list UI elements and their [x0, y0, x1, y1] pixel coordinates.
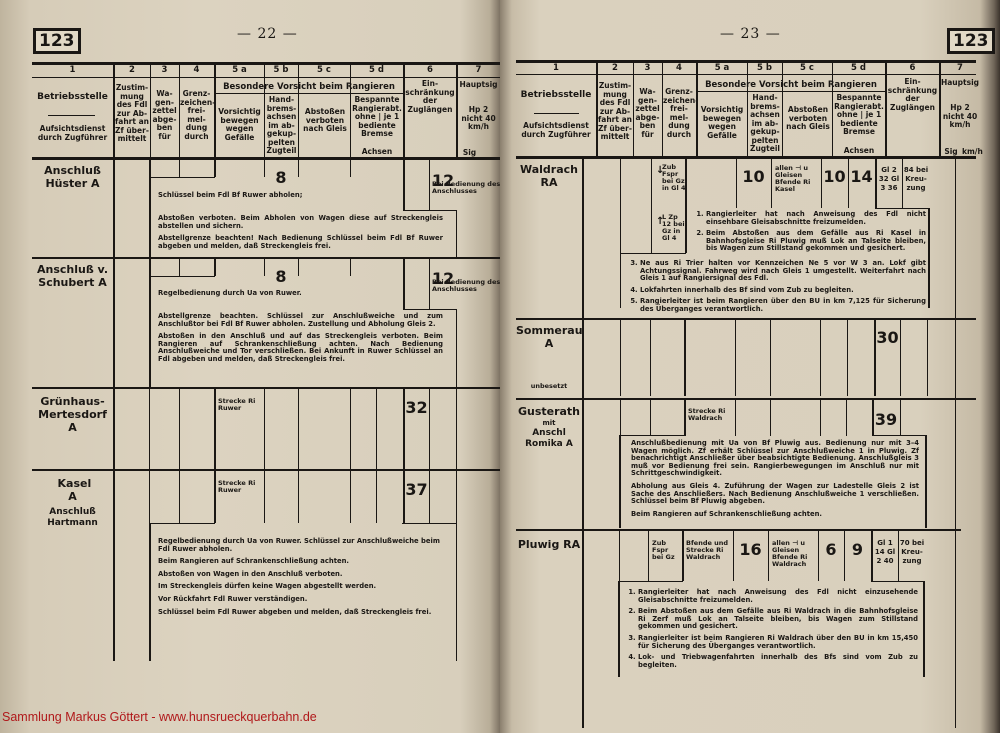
col-divider: [149, 523, 151, 661]
cell-5b: 16: [733, 540, 768, 559]
note-line: Abstoßen von Wagen in den Anschluß verbo…: [158, 571, 450, 579]
header-col5d-achsen: Achsen: [351, 148, 403, 157]
header-aufsichtsdienst: Aufsichtsdienst durch Zugführer: [520, 122, 592, 139]
col-divider: [650, 400, 651, 436]
header-col6: Ein-schränkung der Zuglängen: [404, 80, 456, 114]
note-line: Abholung aus Gleis 4. Zuführung der Wage…: [631, 483, 919, 506]
cell-6: 32: [404, 398, 429, 417]
header-aufsichtsdienst: Aufsichtsdienst durch Zugführer: [36, 125, 109, 142]
col-divider: [770, 400, 771, 436]
col-divider: [782, 60, 783, 158]
header-betriebsstelle: Betriebsstelle: [32, 92, 113, 102]
col-number: 2: [597, 63, 633, 73]
col-divider: [264, 471, 265, 523]
divider: [620, 435, 685, 436]
col-number: 7: [940, 63, 980, 73]
cell-5d-fuer: 14: [848, 167, 875, 186]
header-col7-sig: Sig: [940, 148, 962, 157]
header-col3: Wa-gen-zettel abge-ben für: [151, 90, 178, 141]
group5-rule: [697, 91, 885, 92]
col-number: 5 a: [697, 63, 747, 73]
row-notes: Regelbedienung durch Ua von Ruwer. Schlü…: [158, 538, 450, 621]
col-divider: [456, 210, 457, 257]
col-divider: [179, 259, 180, 276]
cell-6-reise: Gl 2 32 Gl 3 36: [877, 166, 901, 193]
note-item: Beim Abstoßen aus dem Gefälle aus Ri Wal…: [638, 608, 918, 631]
station-mit: mit: [512, 418, 586, 428]
col-number: 5 a: [215, 65, 264, 75]
note-line: Beim Rangieren auf Schrankenschließung a…: [158, 558, 450, 566]
col-divider: [620, 400, 621, 436]
divider: [621, 253, 686, 254]
col-number: 1: [32, 65, 113, 75]
col-divider: [651, 158, 652, 253]
divider: [875, 208, 929, 209]
col-divider: [403, 160, 405, 210]
col-number: 5 b: [747, 63, 782, 73]
cell-6: 37: [404, 480, 429, 499]
col-divider: [350, 389, 351, 469]
note-line: Schlüssel beim Fdl Ruwer abgeben und mel…: [158, 609, 450, 617]
station-name: Grünhaus-Mertesdorf A: [32, 395, 113, 434]
header-col7-hp2: Hp 2 nicht 40 km/h: [457, 106, 500, 132]
cell-5d-nur: 10: [821, 167, 848, 186]
station-name: Pluwig RA: [516, 538, 582, 551]
cell-5b: 8: [264, 168, 298, 187]
station-name: Sommerau A: [516, 324, 582, 350]
col-divider: [403, 259, 405, 309]
header-col5b: Hand-brems-achsen im ab-gekup-pelten Zug…: [748, 94, 782, 154]
row-notes: Anschlußbedienung mit Ua von Bf Pluwig a…: [631, 440, 919, 523]
col-divider: [214, 471, 216, 523]
cell-5a: Bfende und Strecke Ri Waldrach: [686, 540, 732, 561]
col-divider: [620, 158, 621, 308]
col-divider: [376, 389, 377, 469]
col-divider: [214, 160, 216, 177]
col-number: 6: [404, 65, 456, 75]
col-divider: [820, 400, 821, 436]
col-divider: [298, 259, 299, 276]
row-notes: Ne aus Ri Trier halten vor Kennzeichen N…: [628, 260, 926, 318]
note-item: Ne aus Ri Trier halten vor Kennzeichen N…: [640, 260, 926, 283]
col-divider: [900, 400, 901, 436]
note-line: Schlüssel beim Fdl Bf Ruwer abholen;: [158, 192, 402, 200]
divider: [619, 581, 683, 582]
cell-6: 30: [875, 328, 900, 347]
cell-4-bottom: L Zp 12 bei Gz in Gl 4: [662, 214, 686, 242]
col-number: 5 c: [782, 63, 832, 73]
col-divider: [847, 320, 848, 396]
header-col7-sig: Sig: [457, 149, 482, 158]
col-number: 3: [150, 65, 179, 75]
arrow-down-icon: ↓: [656, 167, 664, 174]
col-number: 5 b: [264, 65, 298, 75]
note-line: Abstoßen in den Anschluß und auf das Str…: [158, 333, 443, 363]
col-divider: [179, 389, 180, 469]
col-number: 5 c: [298, 65, 350, 75]
header-col5c: Abstoßen verboten nach Gleis: [784, 106, 832, 132]
col-divider: [682, 531, 684, 581]
note-line: Abstellgrenze beachten! Nach Bedienung S…: [158, 235, 443, 250]
col-divider: [456, 471, 457, 661]
note-item: Beim Abstoßen aus dem Gefälle aus Ri Kas…: [706, 230, 926, 253]
watermark: Sammlung Markus Göttert - www.hunsrueckq…: [2, 710, 317, 724]
col-divider: [298, 160, 299, 177]
note-line: Regelbedienung durch Ua von Ruwer. Schlü…: [158, 538, 450, 553]
station-name: Anschluß Hüster A: [32, 164, 113, 190]
note-item: Rangierleiter ist beim Rangieren über de…: [640, 298, 926, 313]
col-divider: [264, 389, 265, 469]
col-number: 5 d: [350, 65, 403, 75]
col-divider: [214, 259, 216, 276]
cell-5a: Strecke Ri Ruwer: [218, 398, 263, 412]
header-col5a: Vorsichtig bewegen wegen Gefälle: [216, 108, 263, 142]
cell-6-gueter: 84 bei Kreu-zung: [903, 166, 929, 193]
right-page: — 23 — 1 2 3 4 5 a 5 b 5 c 5 d 6 7 Betri…: [500, 0, 1000, 733]
row-divider: [516, 398, 976, 400]
note-line: Abstellgrenze beachten. Schlüssel zur An…: [158, 313, 443, 328]
col-number: 2: [114, 65, 150, 75]
col-divider: [735, 400, 736, 436]
header-col4: Grenz-zeichen-frei-mel-dung durch: [180, 90, 213, 141]
header-col5d: Bespannte Rangierabt. ohne | je 1 bedien…: [833, 94, 885, 137]
col-divider: [684, 320, 686, 396]
col-divider: [350, 160, 351, 177]
col-divider: [771, 158, 772, 208]
header-col3: Wa-gen-zettel abge-ben für: [634, 88, 661, 139]
cell-5c: allen ⊣ u Gleisen Bfende Ri Waldrach: [772, 540, 818, 568]
divider: [48, 115, 95, 116]
header-col7: Hauptsig: [940, 78, 980, 87]
col-divider: [648, 531, 649, 581]
row-notes: Abstoßen verboten. Beim Abholen von Wage…: [158, 215, 443, 255]
col-divider: [179, 471, 180, 523]
cell-6: 39: [872, 410, 900, 429]
divider: [871, 581, 924, 582]
col-divider: [429, 471, 430, 523]
note-line: Vor Rückfahrt Fdl Ruwer verständigen.: [158, 596, 450, 604]
col-number: 4: [662, 63, 696, 73]
col-number: 3: [633, 63, 662, 73]
cell-5d-fuer: 9: [844, 540, 871, 559]
note-line: Im Streckengleis dürfen keine Wagen abge…: [158, 583, 450, 591]
note-item: Rangierleiter hat nach Anweisung des Fdl…: [638, 589, 918, 604]
cell-4: Zub Fspr bei Gz: [652, 540, 680, 561]
note-line: Regelbedienung durch Ua von Ruwer.: [158, 290, 402, 298]
cell-4-top: Zub Fspr bei Gz in Gl 4: [662, 164, 686, 192]
col-divider: [298, 389, 299, 469]
header-col7-kmh: km/h: [962, 148, 982, 157]
note-line: Anschlußbedienung mit Ua von Bf Pluwig a…: [631, 440, 919, 478]
header-number-rule: [32, 77, 500, 78]
divider: [150, 177, 215, 178]
row-notes: Rangierleiter hat nach Anweisung des Fdl…: [694, 211, 926, 257]
left-page: 123 — 22 — 1 2 3 4 5 a 5 b 5 c 5 d 6 7 B…: [0, 0, 500, 733]
page-number: — 23 —: [720, 26, 781, 42]
col-divider: [735, 320, 736, 396]
station-name: Gusterath: [512, 405, 586, 418]
cell-6-reise: Gl 1 14 Gl 2 40: [873, 539, 897, 566]
col-divider: [955, 158, 956, 728]
arrow-up-icon: ↑: [656, 218, 664, 225]
col-divider: [620, 320, 621, 396]
col-divider: [149, 259, 151, 387]
col-divider: [928, 208, 930, 308]
cell-6-gueter: 70 bei Kreu-zung: [899, 539, 925, 566]
col-divider: [350, 471, 351, 523]
col-divider: [923, 581, 925, 677]
cell-5b: 10: [736, 167, 771, 186]
note-item: Lokfahrten innerhalb des Bf sind vom Zub…: [640, 287, 926, 295]
group5-rule: [215, 93, 403, 94]
row-notes: Abstellgrenze beachten. Schlüssel zur An…: [158, 313, 443, 369]
col-divider: [429, 389, 430, 469]
row-divider: [516, 318, 976, 320]
divider: [150, 276, 215, 277]
row-notes: Schlüssel beim Fdl Bf Ruwer abholen;: [158, 192, 402, 205]
col-divider: [149, 160, 151, 257]
cell-6-note: Bei Bedienung des Anschlusses: [432, 181, 500, 195]
col-divider: [846, 400, 847, 436]
row-notes: Rangierleiter hat nach Anweisung des Fdl…: [626, 589, 918, 673]
station-name-text: Kasel A: [58, 477, 88, 503]
cell-5b: 8: [264, 267, 298, 286]
col-divider: [900, 320, 901, 396]
col-divider: [618, 581, 620, 677]
col-number: 4: [179, 65, 214, 75]
header-col5c: Abstoßen verboten nach Gleis: [300, 108, 350, 134]
header-col7-hp2: Hp 2 nicht 40 km/h: [940, 104, 980, 130]
col-divider: [376, 471, 377, 523]
col-divider: [113, 160, 115, 555]
col-divider: [820, 320, 821, 396]
note-item: Rangierleiter hat nach Anweisung des Fdl…: [706, 211, 926, 226]
station-sub: Anschluß Hartmann: [32, 507, 113, 529]
note-item: Lok- und Triebwagenfahrten innerhalb des…: [638, 654, 918, 669]
header-col5d-achsen: Achsen: [833, 147, 885, 156]
col-divider: [925, 435, 927, 528]
station-block: Gusterath mit Anschl Romika A: [512, 405, 586, 450]
header-betriebsstelle: Betriebsstelle: [516, 90, 596, 100]
divider: [402, 523, 457, 524]
header-bottom-rule: [516, 156, 976, 159]
header-number-rule: [516, 74, 976, 75]
cell-5a: Strecke Ri Ruwer: [218, 480, 263, 494]
cell-6-note: Bei Bedienung des Anschlusses: [432, 279, 500, 293]
col-divider: [113, 555, 115, 661]
col-divider: [456, 389, 457, 469]
station-name: Waldrach RA: [516, 163, 582, 189]
col-divider: [149, 389, 150, 469]
col-divider: [650, 320, 651, 396]
header-col7: Hauptsig: [457, 80, 500, 89]
cell-5a: Strecke Ri Waldrach: [688, 408, 733, 422]
col-divider: [619, 531, 620, 581]
header-col4: Grenz-zeichen-frei-mel-dung durch: [663, 88, 695, 139]
header-col5b: Hand-brems-achsen im ab-gekup-pelten Zug…: [265, 96, 298, 156]
header-col6: Ein-schränkung der Zuglängen: [886, 78, 939, 112]
station-sub: unbesetzt: [516, 383, 582, 390]
col-divider: [768, 531, 769, 581]
header-col5d: Bespannte Rangierabt. ohne | je 1 bedien…: [351, 96, 403, 139]
row-notes: Regelbedienung durch Ua von Ruwer.: [158, 290, 402, 303]
col-divider: [927, 320, 928, 396]
station-sub: Anschl Romika A: [523, 428, 575, 450]
col-number: 6: [886, 63, 939, 73]
cell-5c: allen ⊣ u Gleisen Bfende Ri Kasel: [775, 165, 821, 193]
divider: [150, 523, 215, 524]
col-divider: [684, 400, 686, 436]
section-number-box: 123: [33, 28, 81, 54]
section-number-box: 123: [947, 28, 995, 54]
row-divider: [516, 529, 961, 531]
col-divider: [350, 259, 351, 276]
col-divider: [298, 471, 299, 523]
col-number: 1: [516, 63, 596, 73]
col-divider: [619, 435, 621, 528]
col-divider: [456, 309, 457, 387]
col-divider: [770, 320, 771, 396]
divider: [872, 435, 926, 436]
header-col2: Zustim-mung des Fdl zur Ab-fahrt an Zf ü…: [598, 82, 632, 142]
col-divider: [214, 389, 216, 469]
col-divider: [179, 160, 180, 177]
divider: [534, 113, 579, 114]
station-name: Kasel A Anschluß Hartmann: [32, 477, 113, 529]
col-number: 7: [457, 65, 500, 75]
page-number: — 22 —: [237, 26, 298, 42]
col-divider: [298, 62, 299, 159]
note-item: Rangierleiter ist beim Rangieren Ri Wald…: [638, 635, 918, 650]
cell-5d-nur: 6: [818, 540, 844, 559]
divider: [403, 309, 457, 310]
header-group5: Besondere Vorsicht beim Rangieren: [215, 82, 403, 92]
note-line: Abstoßen verboten. Beim Abholen von Wage…: [158, 215, 443, 230]
station-name: Anschluß v. Schubert A: [32, 263, 113, 289]
header-col2: Zustim-mung des Fdl zur Ab-fahrt an Zf ü…: [115, 84, 149, 144]
col-number: 5 d: [832, 63, 885, 73]
header-group5: Besondere Vorsicht beim Rangieren: [697, 80, 885, 90]
note-line: Beim Rangieren auf Schrankenschließung a…: [631, 511, 919, 519]
header-col5a: Vorsichtig bewegen wegen Gefälle: [698, 106, 746, 140]
divider: [403, 210, 457, 211]
